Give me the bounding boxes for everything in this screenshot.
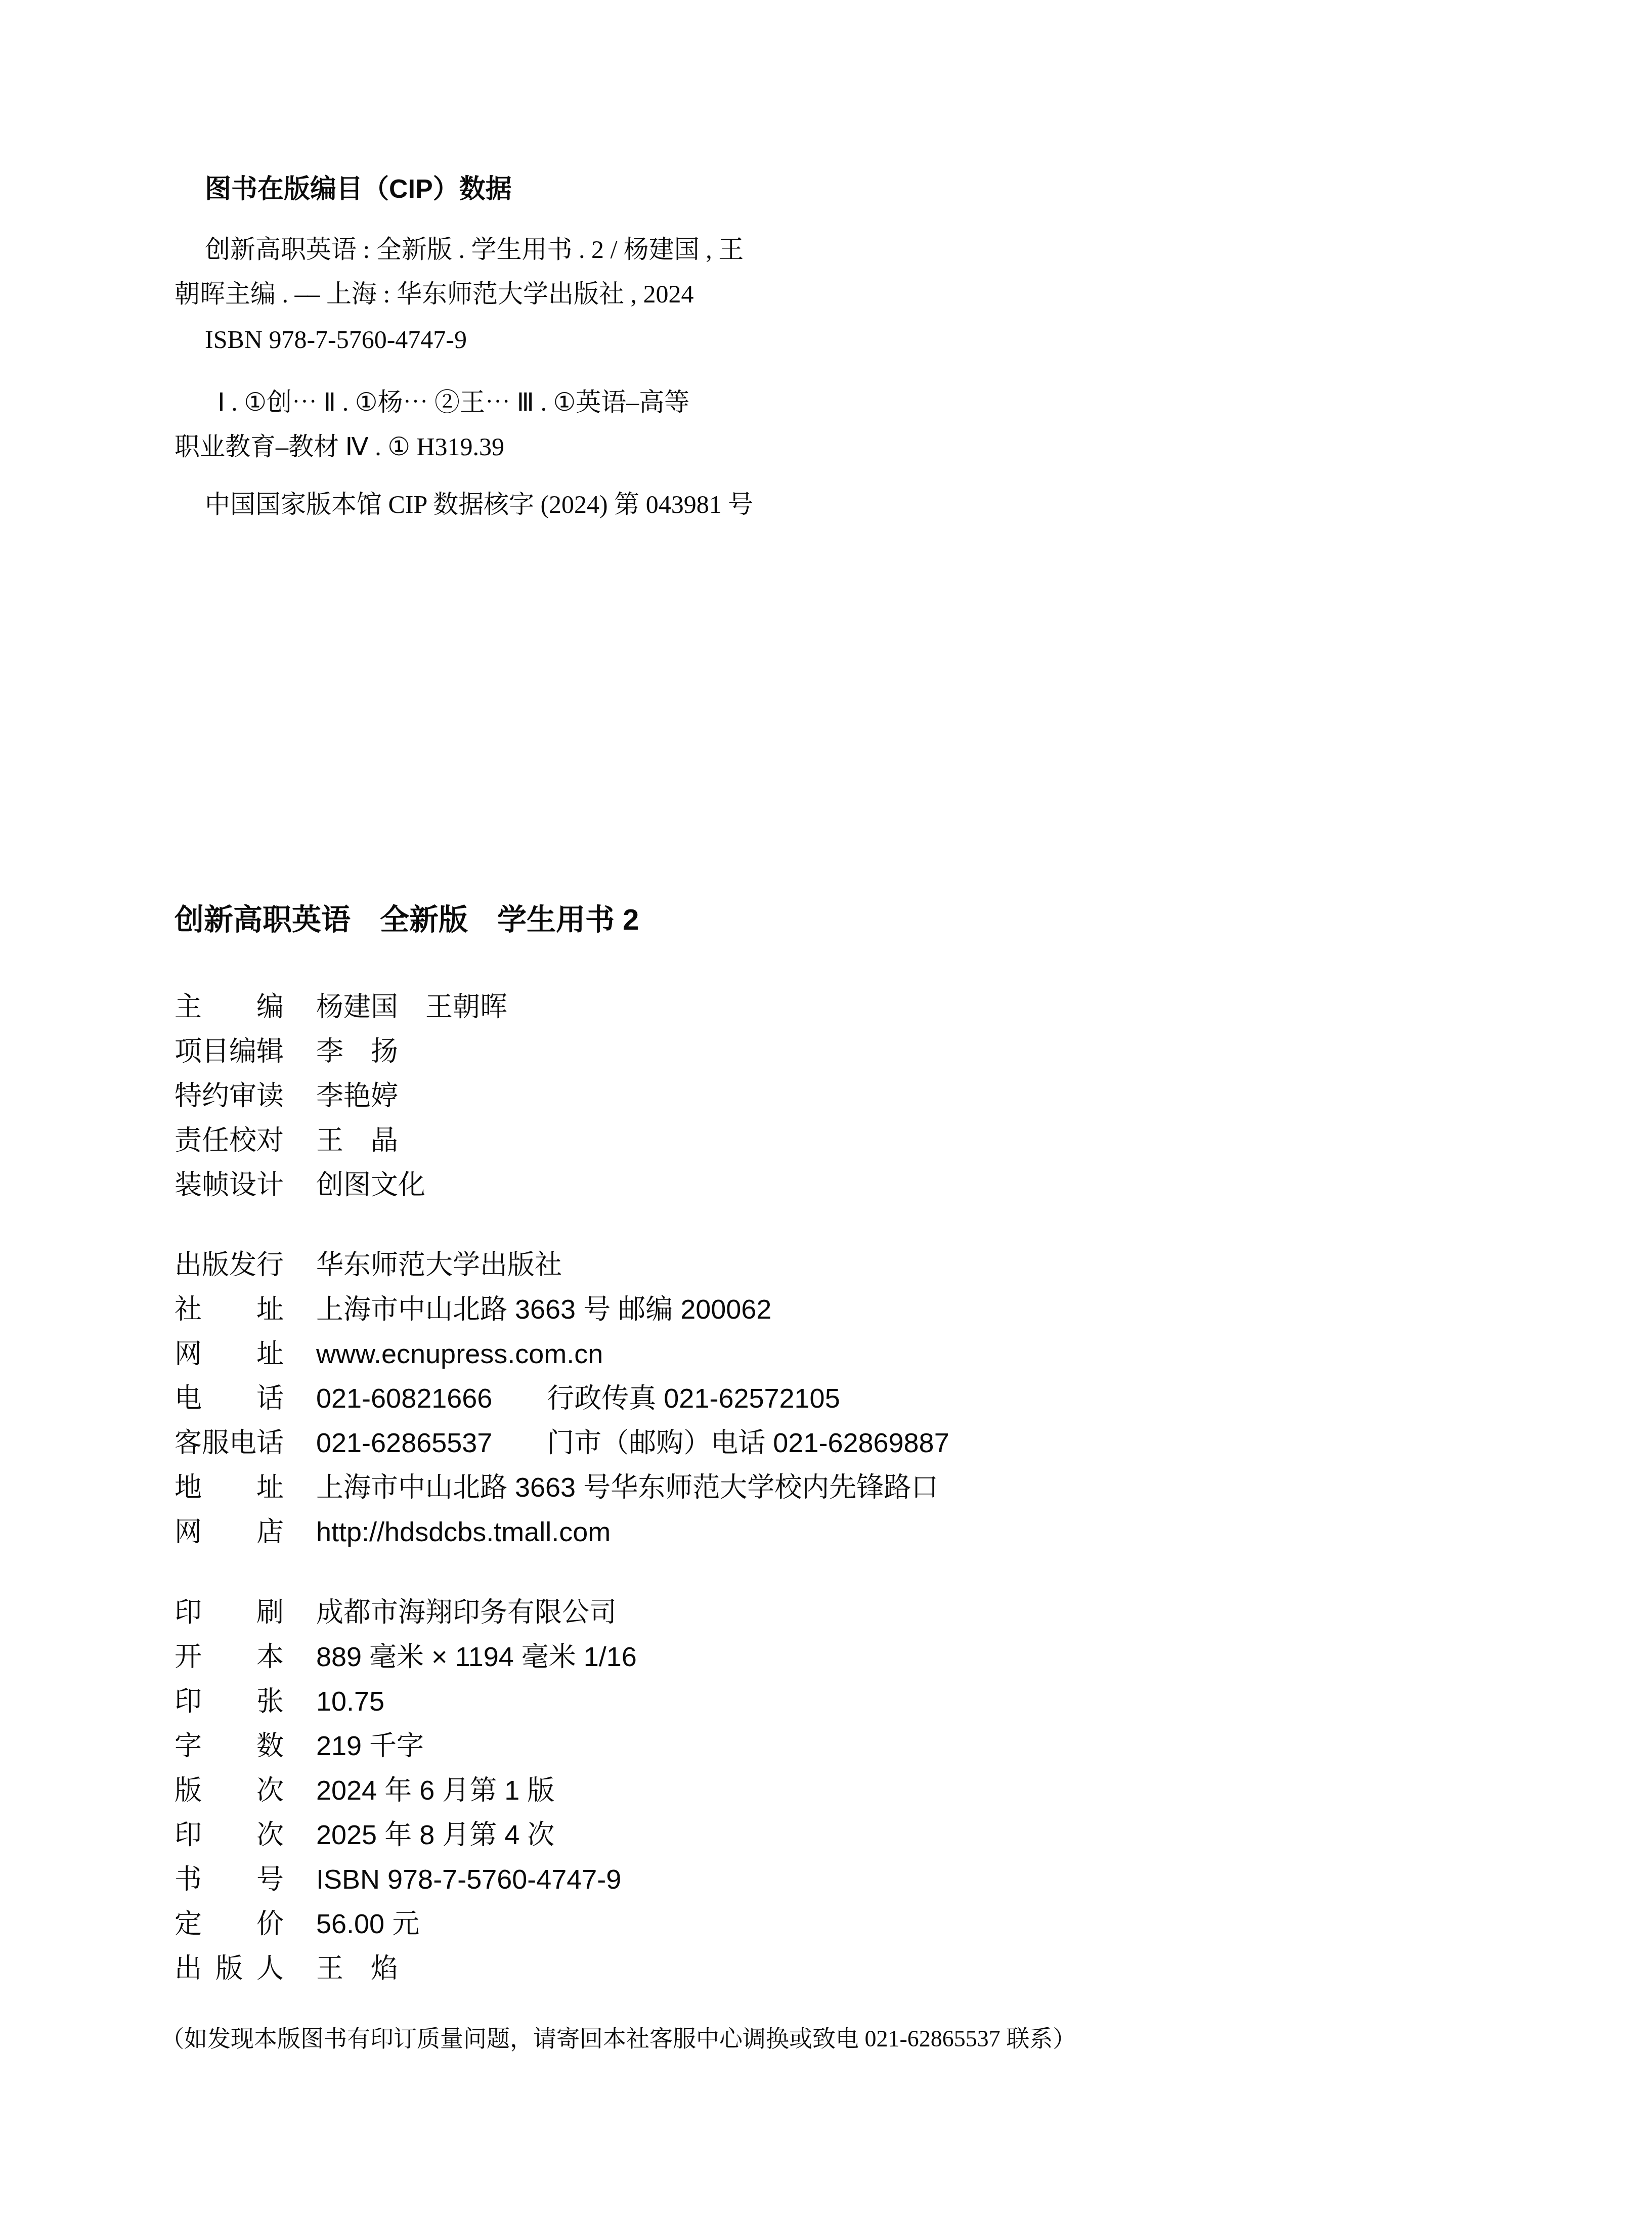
cip-description-line-1: 创新高职英语 : 全新版 . 学生用书 . 2 / 杨建国 , 王 — [205, 237, 744, 262]
publisher-block: 出版发行 华东师范大学出版社 社 址 上海市中山北路 3663 号 邮编 200… — [175, 1251, 949, 1562]
publisher-row-online-store: 网 店 http://hdsdcbs.tmall.com — [175, 1518, 949, 1562]
quality-notice: （如发现本版图书有印订质量问题，请寄回本社客服中心调换或致电 021-62865… — [161, 2027, 1076, 2051]
printing-value: 2024 年 6 月第 1 版 — [316, 1776, 554, 1805]
printing-label: 定 价 — [175, 1910, 288, 1939]
printing-row-word-count: 字 数 219 千字 — [175, 1732, 637, 1776]
credit-row-project-editor: 项目编辑 李 扬 — [175, 1037, 507, 1082]
printing-value: 2025 年 8 月第 4 次 — [316, 1821, 554, 1850]
printing-row-sheets: 印 张 10.75 — [175, 1687, 637, 1732]
printing-row-format: 开 本 889 毫米 × 1194 毫米 1/16 — [175, 1643, 637, 1687]
credit-value: 李艳婷 — [316, 1082, 398, 1111]
credit-value: 创图文化 — [316, 1171, 425, 1200]
printing-isbn-value: ISBN 978-7-5760-4747-9 — [316, 1865, 621, 1894]
printing-price-value: 56.00 元 — [316, 1910, 419, 1939]
credit-value: 王 晶 — [316, 1126, 398, 1155]
cip-classification-line-1: Ⅰ . ①创⋯ Ⅱ . ①杨⋯ ②王⋯ Ⅲ . ①英语–高等 — [218, 389, 689, 415]
printing-value: 成都市海翔印务有限公司 — [316, 1598, 617, 1627]
cip-isbn-line: ISBN 978-7-5760-4747-9 — [205, 327, 467, 352]
printing-label: 印 张 — [175, 1687, 288, 1716]
cip-header: 图书在版编目（CIP）数据 — [205, 176, 512, 202]
printing-row-impression: 印 次 2025 年 8 月第 4 次 — [175, 1821, 637, 1865]
cip-description-line-2: 朝晖主编 . –– 上海 : 华东师范大学出版社 , 2024 — [175, 281, 693, 307]
printing-label: 印 次 — [175, 1821, 288, 1850]
credit-label: 责任校对 — [175, 1126, 288, 1155]
publisher-label: 电 话 — [175, 1384, 288, 1413]
credit-value: 杨建国 王朝晖 — [316, 993, 507, 1022]
publisher-row-service-phone: 客服电话 021-62865537 门市（邮购）电话 021-62869887 — [175, 1429, 949, 1473]
printing-value: 王 焰 — [316, 1954, 398, 1983]
printing-block: 印 刷 成都市海翔印务有限公司 开 本 889 毫米 × 1194 毫米 1/1… — [175, 1598, 637, 1999]
credits-block: 主 编 杨建国 王朝晖 项目编辑 李 扬 特约审读 李艳婷 责任校对 王 晶 装… — [175, 993, 507, 1215]
credit-value: 李 扬 — [316, 1037, 398, 1066]
printing-row-printer: 印 刷 成都市海翔印务有限公司 — [175, 1598, 637, 1643]
printing-label: 印 刷 — [175, 1598, 288, 1627]
publisher-value: 上海市中山北路 3663 号 邮编 200062 — [316, 1295, 771, 1324]
printing-value: 889 毫米 × 1194 毫米 1/16 — [316, 1643, 637, 1672]
publisher-label: 社 址 — [175, 1295, 288, 1324]
publisher-row-website: 网 址 www.ecnupress.com.cn — [175, 1340, 949, 1384]
publisher-website-url: www.ecnupress.com.cn — [316, 1340, 603, 1369]
publisher-store-url: http://hdsdcbs.tmall.com — [316, 1518, 611, 1547]
printing-row-edition: 版 次 2024 年 6 月第 1 版 — [175, 1776, 637, 1821]
publisher-label: 地 址 — [175, 1473, 288, 1502]
printing-value: 10.75 — [316, 1687, 384, 1716]
cip-record-number-line: 中国国家版本馆 CIP 数据核字 (2024) 第 043981 号 — [205, 492, 753, 517]
printing-label: 出 版 人 — [175, 1954, 288, 1983]
publisher-label: 客服电话 — [175, 1429, 288, 1458]
credit-label: 项目编辑 — [175, 1037, 288, 1066]
publisher-label: 出版发行 — [175, 1251, 288, 1280]
printing-value: 219 千字 — [316, 1732, 424, 1761]
printing-label: 字 数 — [175, 1732, 288, 1761]
printing-label: 版 次 — [175, 1776, 288, 1805]
publisher-label: 网 店 — [175, 1518, 288, 1547]
printing-label: 书 号 — [175, 1865, 288, 1894]
printing-label: 开 本 — [175, 1643, 288, 1672]
printing-row-price: 定 价 56.00 元 — [175, 1910, 637, 1954]
credit-row-proofreader: 责任校对 王 晶 — [175, 1126, 507, 1171]
publisher-row-street-address: 地 址 上海市中山北路 3663 号华东师范大学校内先锋路口 — [175, 1473, 949, 1518]
credit-label: 特约审读 — [175, 1082, 288, 1111]
credit-label: 主 编 — [175, 993, 288, 1022]
publisher-value: 021-60821666 行政传真 021-62572105 — [316, 1384, 840, 1413]
publisher-label: 网 址 — [175, 1340, 288, 1369]
publisher-value: 华东师范大学出版社 — [316, 1251, 562, 1280]
credit-label: 装帧设计 — [175, 1171, 288, 1200]
printing-row-isbn: 书 号 ISBN 978-7-5760-4747-9 — [175, 1865, 637, 1910]
credit-row-cover-design: 装帧设计 创图文化 — [175, 1171, 507, 1215]
publisher-row-publisher: 出版发行 华东师范大学出版社 — [175, 1251, 949, 1295]
credit-row-invited-reviewer: 特约审读 李艳婷 — [175, 1082, 507, 1126]
copyright-page: 图书在版编目（CIP）数据 创新高职英语 : 全新版 . 学生用书 . 2 / … — [0, 0, 1652, 2225]
credit-row-chief-editor: 主 编 杨建国 王朝晖 — [175, 993, 507, 1037]
publisher-value: 021-62865537 门市（邮购）电话 021-62869887 — [316, 1429, 949, 1458]
printing-row-publisher-person: 出 版 人 王 焰 — [175, 1954, 637, 1999]
publisher-value: 上海市中山北路 3663 号华东师范大学校内先锋路口 — [316, 1473, 938, 1502]
book-title: 创新高职英语 全新版 学生用书 2 — [175, 905, 639, 935]
publisher-row-phone: 电 话 021-60821666 行政传真 021-62572105 — [175, 1384, 949, 1429]
cip-classification-line-2: 职业教育–教材 Ⅳ . ① H319.39 — [175, 434, 504, 459]
publisher-row-address: 社 址 上海市中山北路 3663 号 邮编 200062 — [175, 1295, 949, 1340]
